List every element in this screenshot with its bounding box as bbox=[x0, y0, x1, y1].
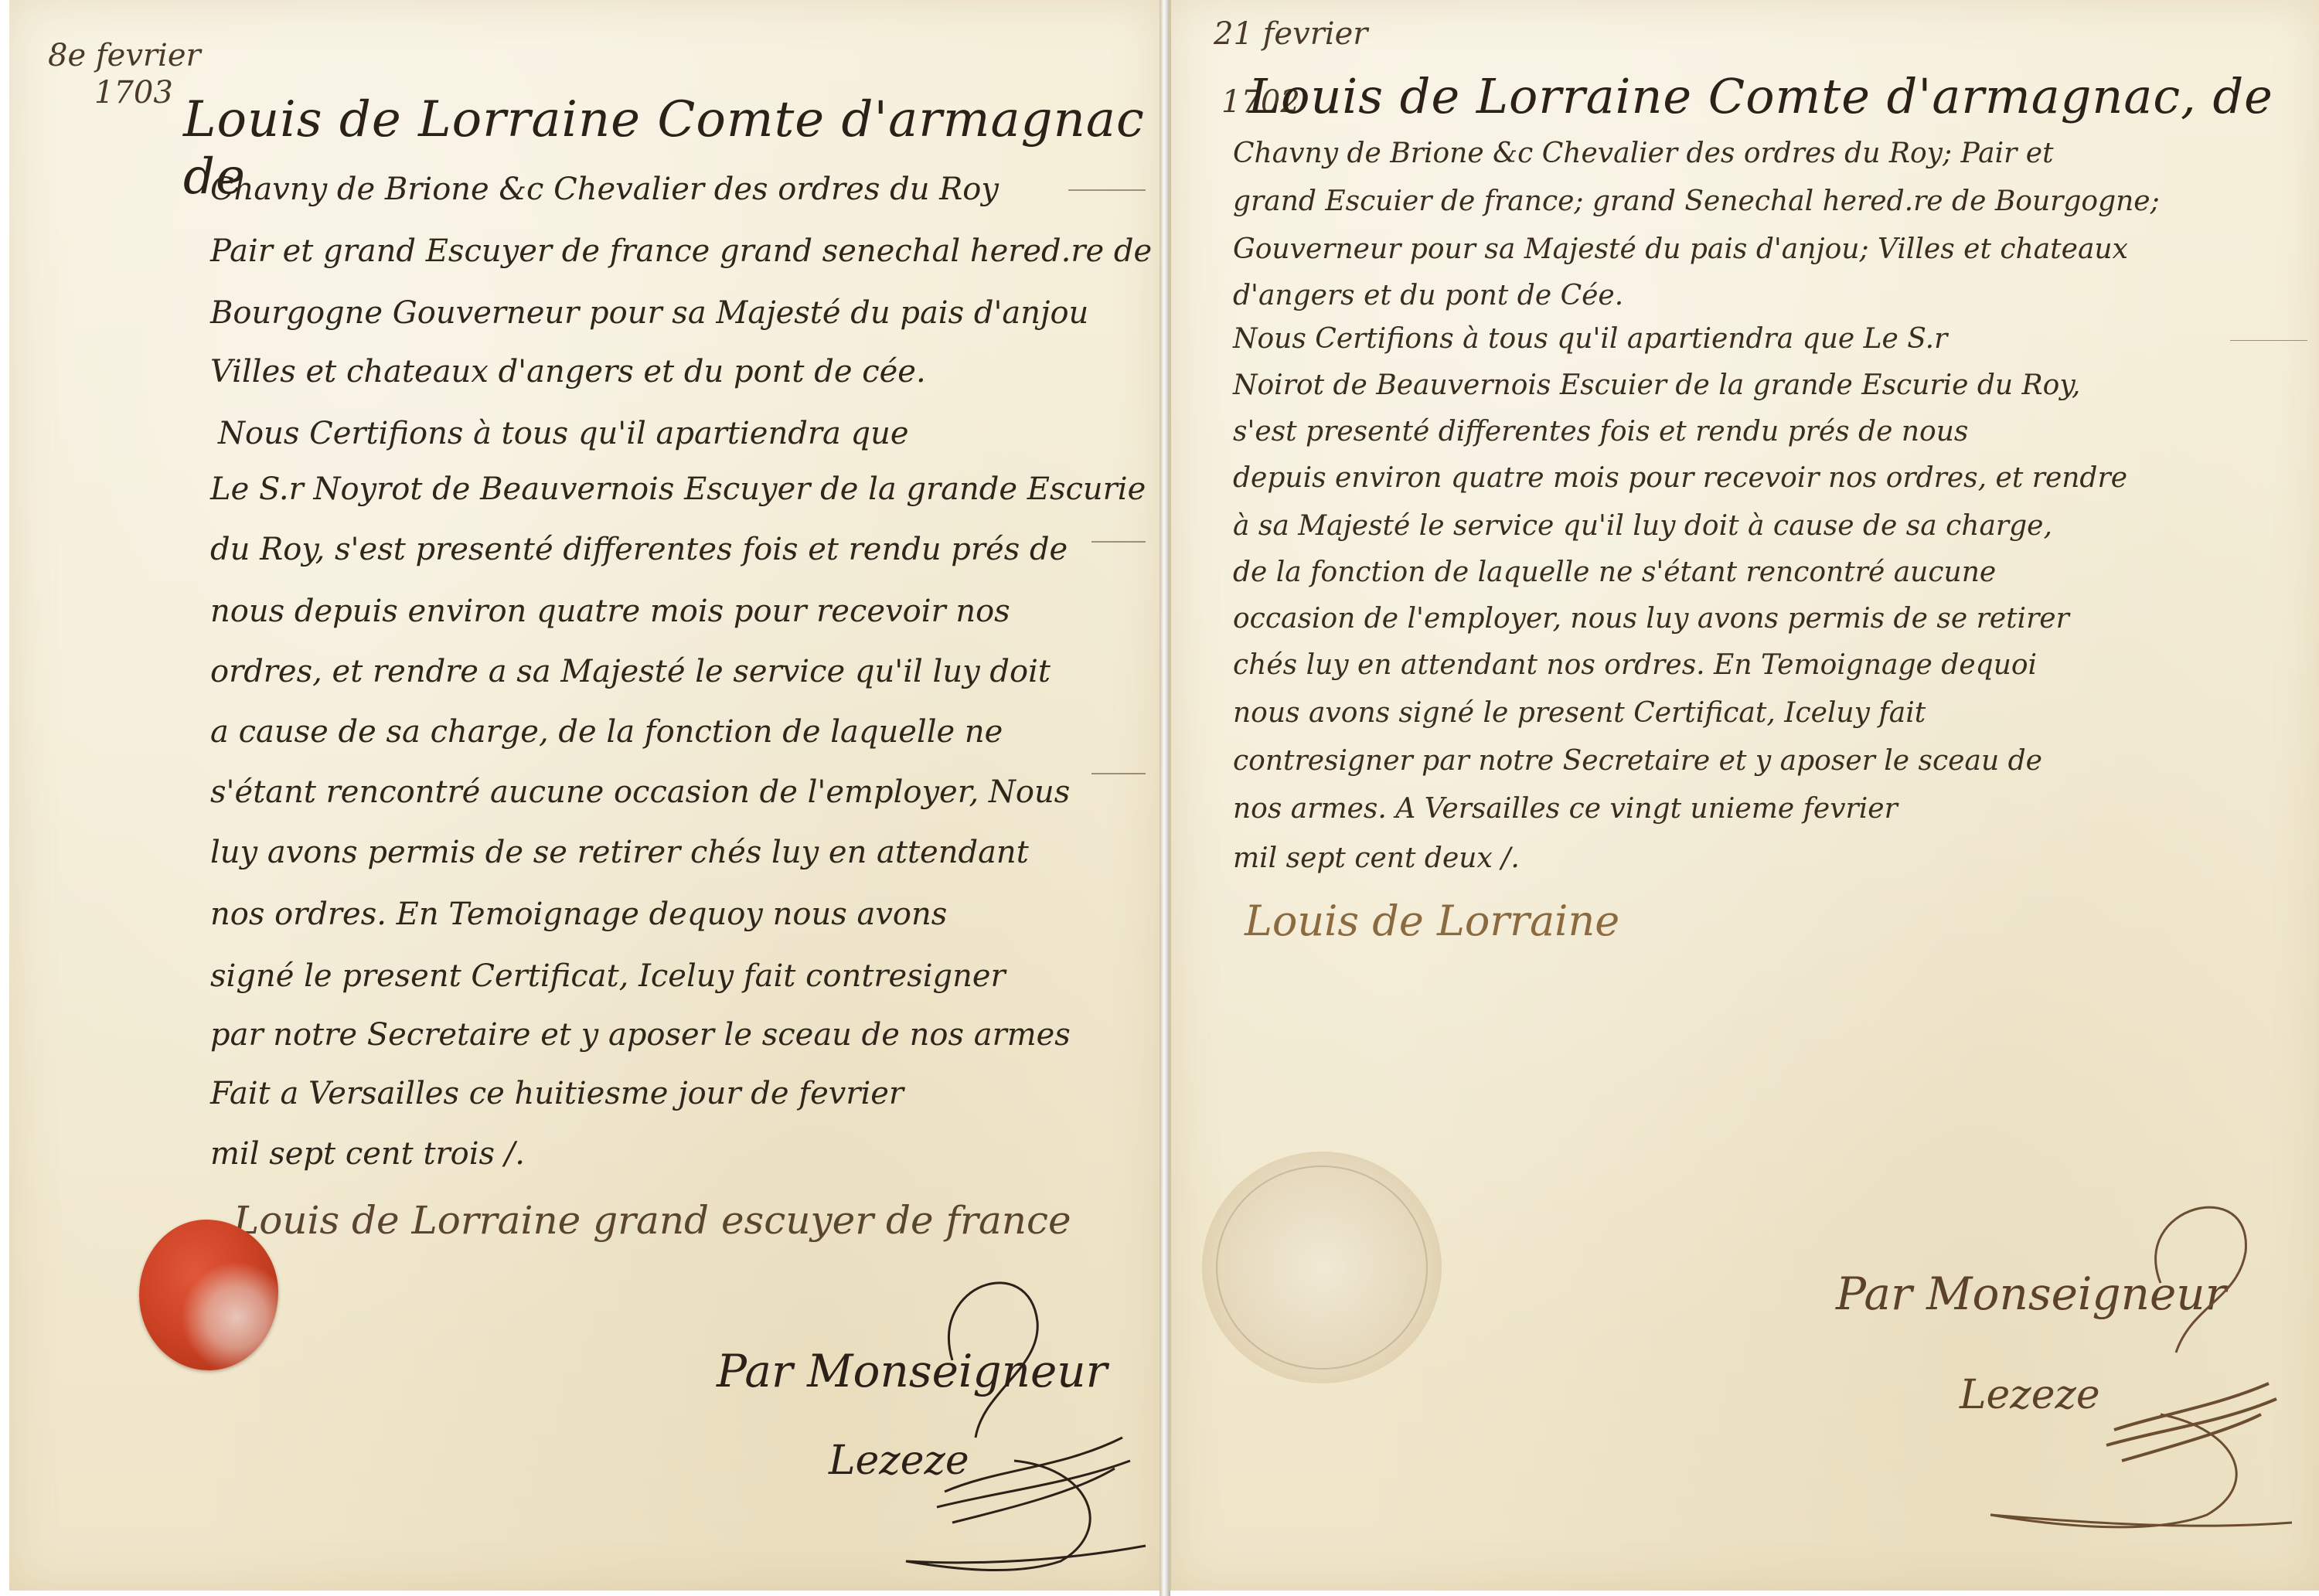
body-line: Noirot de Beauvernois Escuier de la gran… bbox=[1233, 369, 2080, 401]
body-line: chés luy en attendant nos ordres. En Tem… bbox=[1233, 649, 2037, 681]
body-line: nos armes. A Versailles ce vingt unieme … bbox=[1233, 793, 1898, 825]
body-line: depuis environ quatre mois pour recevoir… bbox=[1233, 462, 2127, 494]
body-line: contresigner par notre Secretaire et y a… bbox=[1233, 745, 2042, 777]
body-line: s'est presenté differentes fois et rendu… bbox=[1233, 416, 1968, 447]
margin-date-day: 8e fevrier bbox=[48, 37, 201, 74]
body-line: par notre Secretaire et y aposer le scea… bbox=[210, 1017, 1071, 1053]
body-line: nous depuis environ quatre mois pour rec… bbox=[210, 594, 1010, 629]
margin-date: 8e fevrier 1703 bbox=[48, 37, 201, 111]
wax-seal bbox=[139, 1220, 278, 1370]
body-line: a cause de sa charge, de la fonction de … bbox=[210, 714, 1003, 750]
embossed-seal bbox=[1202, 1152, 1442, 1383]
certificate-1703: 8e fevrier 1703 Louis de Lorraine Comte … bbox=[9, 0, 1163, 1591]
body-line: nous avons signé le present Certificat, … bbox=[1233, 697, 1926, 729]
line-filler bbox=[1091, 541, 1146, 543]
margin-date-day: 21 fevrier bbox=[1214, 15, 1367, 53]
body-line: luy avons permis de se retirer chés luy … bbox=[210, 835, 1029, 870]
body-line: du Roy, s'est presenté differentes fois … bbox=[210, 532, 1068, 567]
body-line: Fait a Versailles ce huitiesme jour de f… bbox=[210, 1076, 904, 1111]
line-filler bbox=[2230, 340, 2307, 341]
body-line: d'angers et du pont de Cée. bbox=[1233, 280, 1623, 311]
body-line: Pair et grand Escuyer de france grand se… bbox=[210, 233, 1152, 269]
body-line: mil sept cent deux /. bbox=[1233, 842, 1520, 874]
body-line: nos ordres. En Temoignage dequoy nous av… bbox=[210, 897, 947, 932]
body-line: signé le present Certificat, Iceluy fait… bbox=[210, 958, 1006, 994]
body-line: occasion de l'employer, nous luy avons p… bbox=[1233, 603, 2069, 635]
line-filler bbox=[1068, 189, 1146, 191]
body-line: Nous Certifions à tous qu'il apartiendra… bbox=[218, 416, 909, 451]
body-line: Nous Certifions à tous qu'il apartiendra… bbox=[1233, 323, 1947, 355]
body-line: s'étant rencontré aucune occasion de l'e… bbox=[210, 774, 1070, 810]
body-line: Villes et chateaux d'angers et du pont d… bbox=[210, 354, 926, 390]
body-line: Bourgogne Gouverneur pour sa Majesté du … bbox=[210, 295, 1088, 331]
body-line: Le S.r Noyrot de Beauvernois Escuyer de … bbox=[210, 471, 1146, 507]
body-line: mil sept cent trois /. bbox=[210, 1136, 525, 1172]
body-line: Gouverneur pour sa Majesté du pais d'anj… bbox=[1233, 233, 2128, 265]
body-line: Chavny de Brione &c Chevalier des ordres… bbox=[1233, 138, 2054, 169]
line-filler bbox=[1091, 773, 1146, 774]
paraph-flourish-icon bbox=[860, 1237, 1153, 1577]
signature-louis-de-lorraine: Louis de Lorraine bbox=[1245, 897, 1619, 945]
body-line: à sa Majesté le service qu'il luy doit à… bbox=[1233, 510, 2052, 542]
document-heading: Louis de Lorraine Comte d'armagnac, de bbox=[1248, 68, 2273, 124]
certificate-1702: 21 fevrier 1702 Louis de Lorraine Comte … bbox=[1169, 0, 2319, 1591]
body-line: grand Escuier de france; grand Senechal … bbox=[1233, 185, 2160, 217]
body-line: ordres, et rendre a sa Majesté le servic… bbox=[210, 654, 1051, 689]
paraph-flourish-icon bbox=[1898, 1159, 2300, 1561]
margin-date-year: 1703 bbox=[48, 74, 201, 111]
body-line: Chavny de Brione &c Chevalier des ordres… bbox=[210, 172, 999, 207]
body-line: de la fonction de laquelle ne s'étant re… bbox=[1233, 556, 1996, 588]
